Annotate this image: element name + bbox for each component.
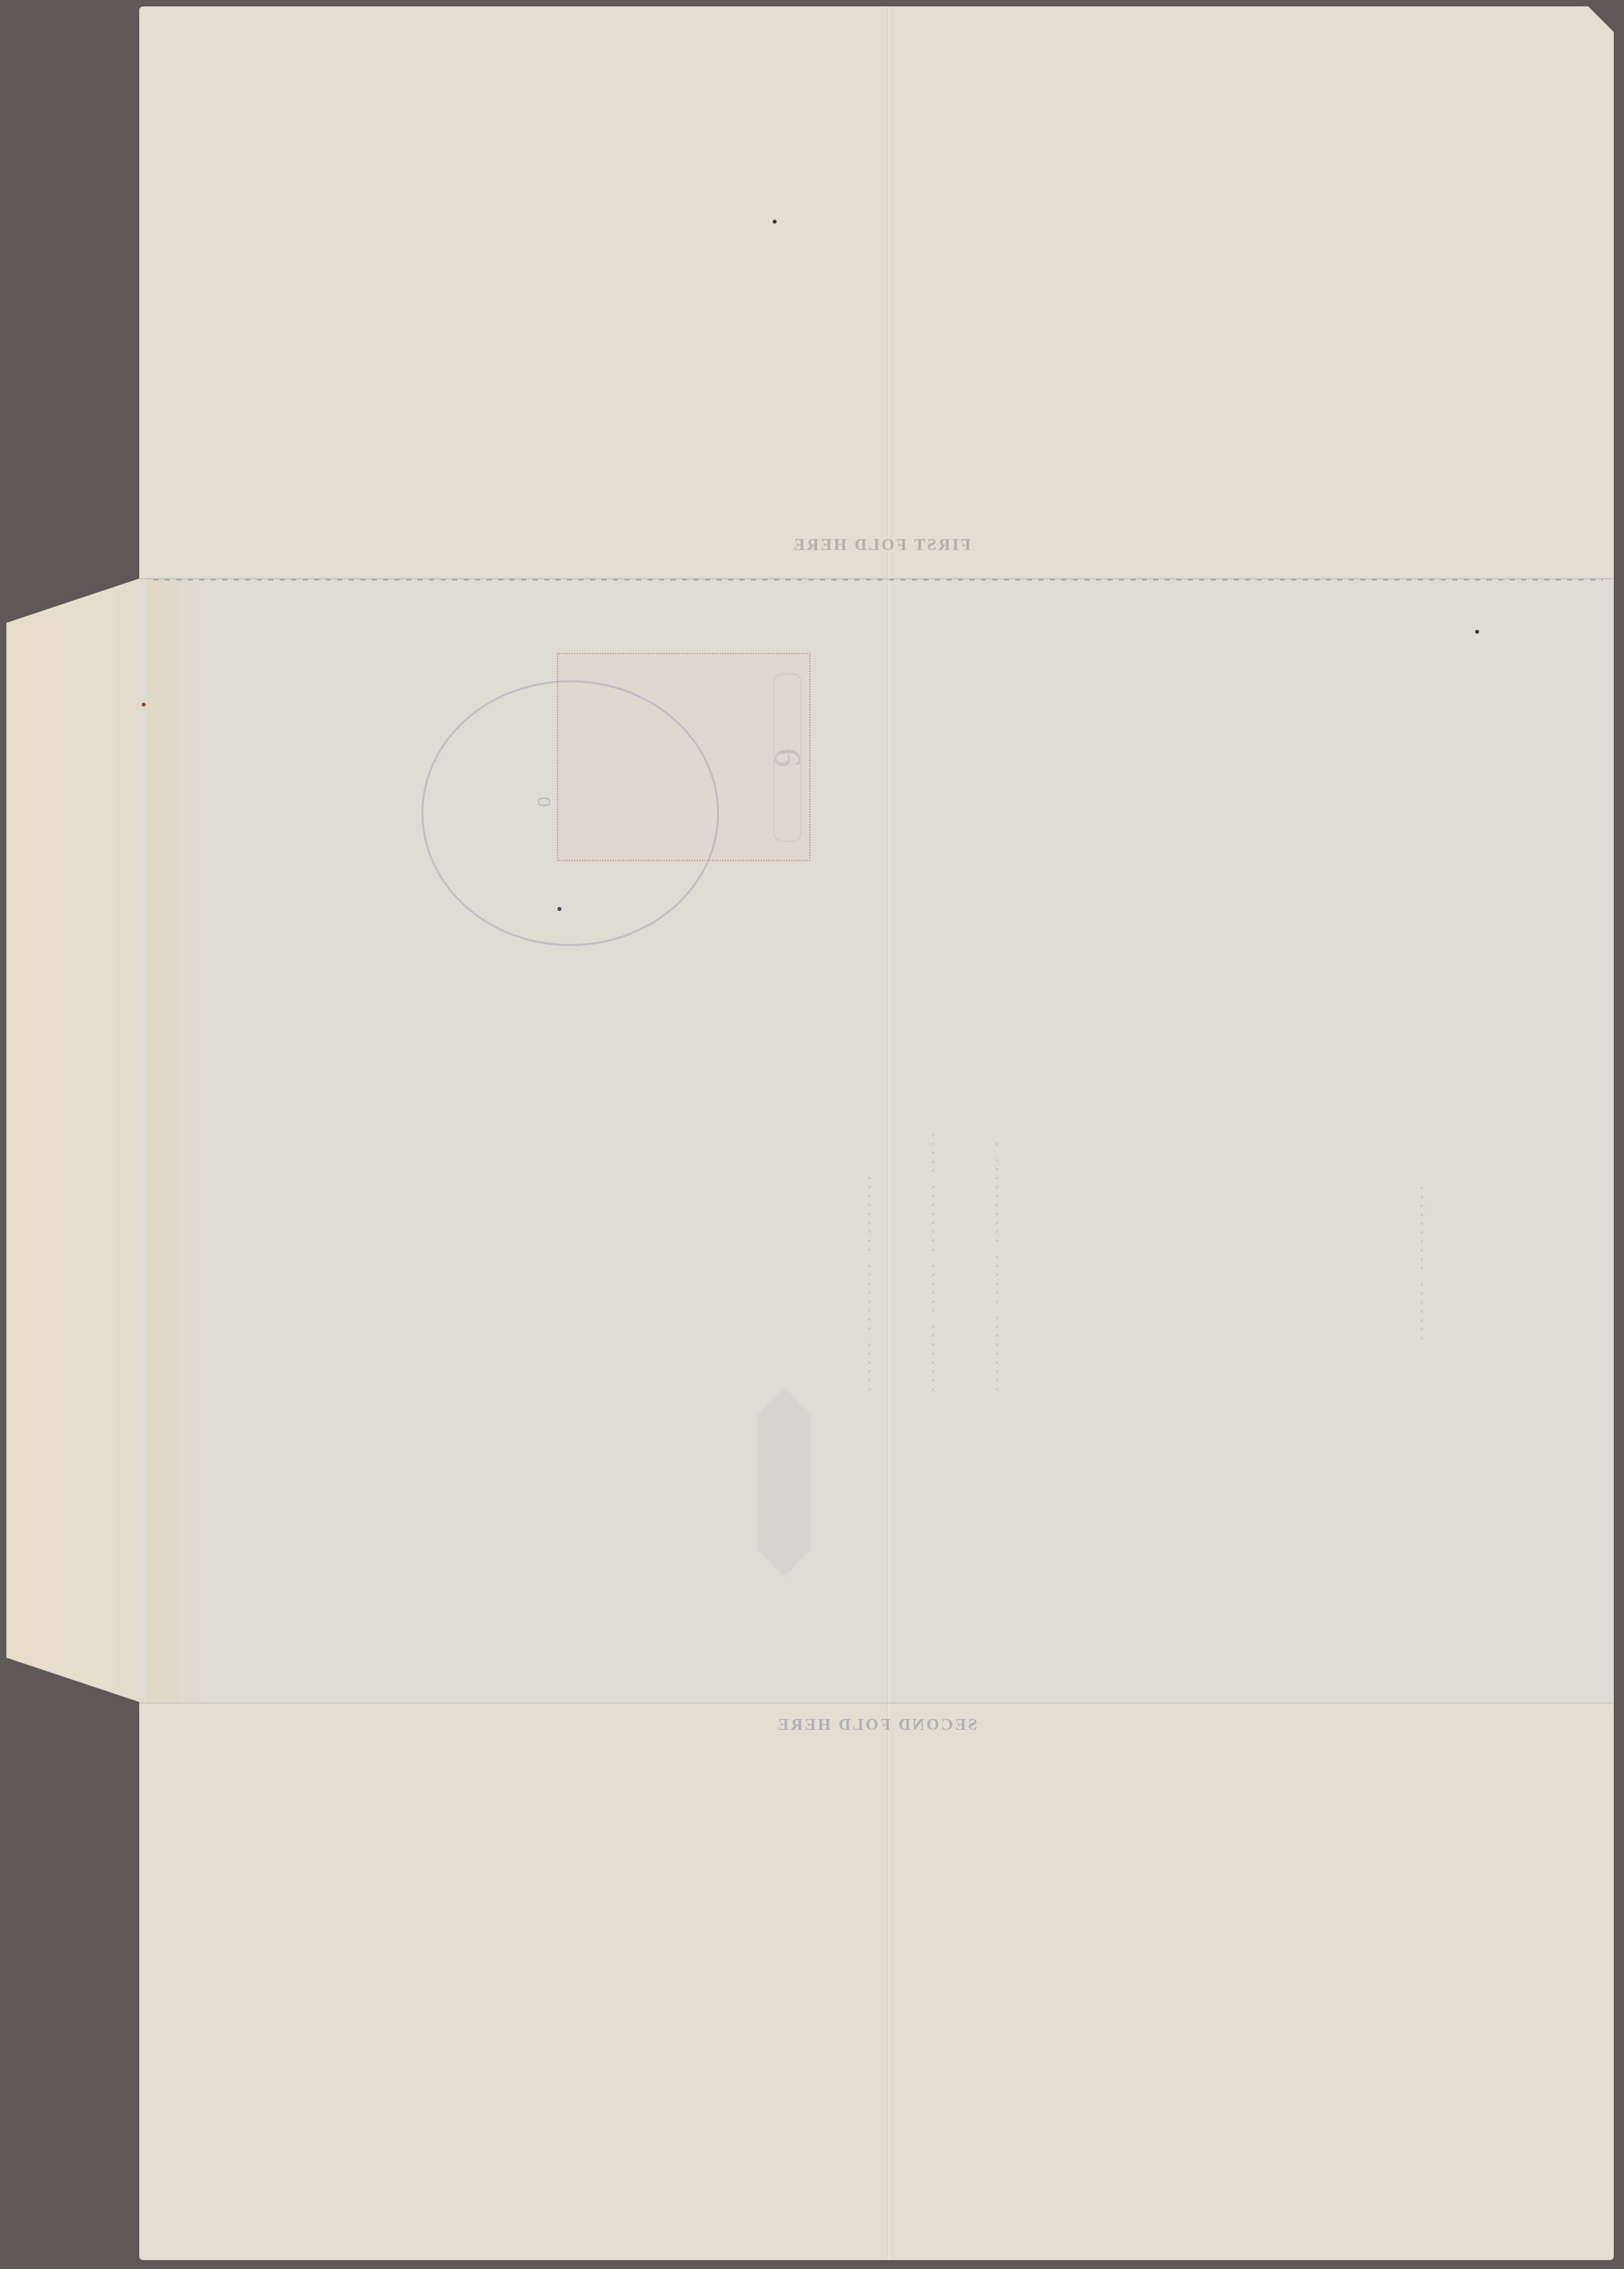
show-through-line: ········ ······ ········ ····· — [923, 818, 945, 1393]
bottom-panel — [139, 1702, 1614, 2260]
second-fold-label: SECOND FOLD HERE — [776, 1715, 977, 1734]
show-through-line: ······· ·········· — [1411, 703, 1433, 1341]
speck — [773, 220, 777, 224]
top-panel — [139, 6, 1614, 578]
speck — [1475, 630, 1479, 634]
circular-postmark-icon: 0 — [421, 680, 719, 946]
fold-edge-ink — [153, 579, 1603, 581]
second-fold-line — [139, 1702, 1614, 1704]
side-flap — [6, 578, 140, 1702]
speck — [142, 703, 146, 707]
first-fold-label: FIRST FOLD HERE — [792, 535, 971, 554]
flap-stain — [147, 578, 204, 1702]
postmark-text: 0 — [533, 797, 554, 807]
vertical-fold-line — [888, 6, 890, 2260]
scanned-sheet: FIRST FOLD HERE SECOND FOLD HERE 6 0 ···… — [0, 0, 1624, 2269]
speck — [558, 907, 561, 911]
show-through-line: ········· ······ ·········· · — [987, 818, 1008, 1393]
stamp-value: 6 — [773, 673, 801, 842]
show-through-line: ······ ········ ········· — [859, 818, 881, 1393]
airmail-label-icon — [757, 1386, 811, 1578]
